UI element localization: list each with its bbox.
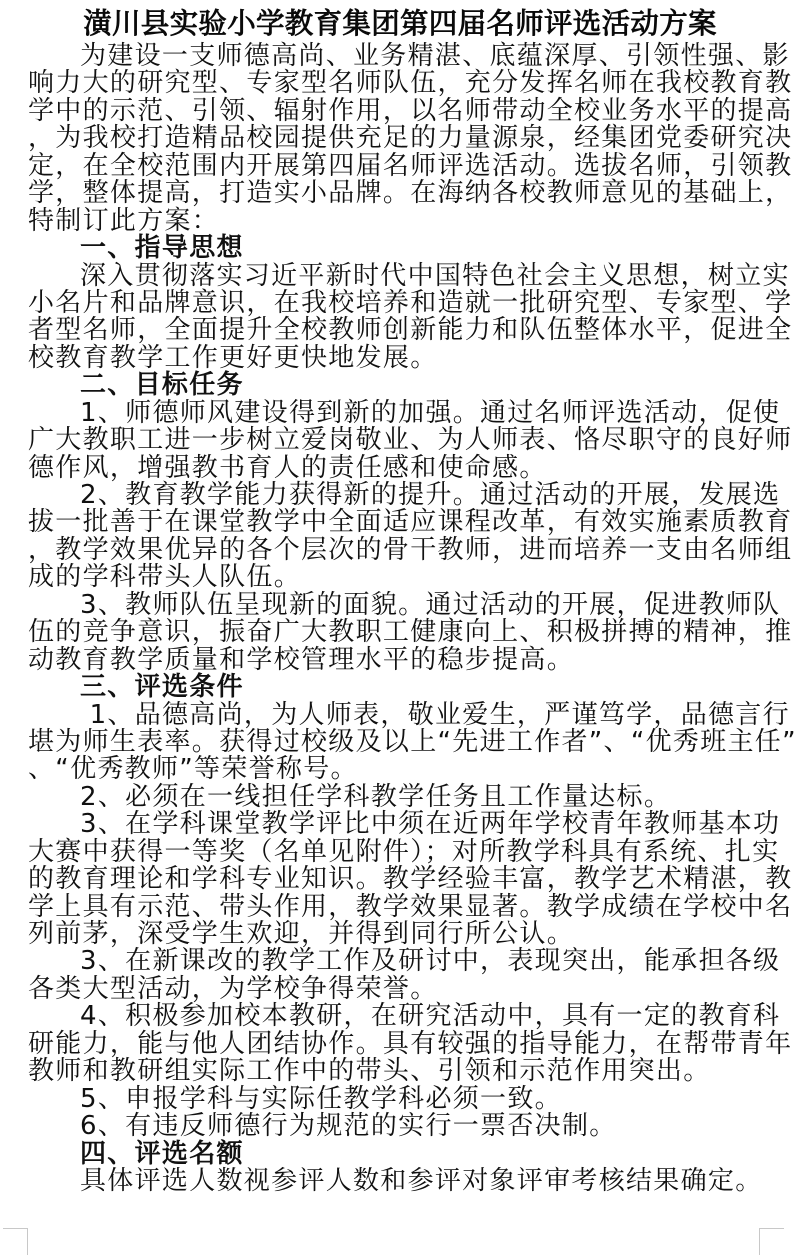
paragraph-line: 成的学科带头人队伍。 <box>28 564 760 591</box>
paragraph-line: 列前茅，深受学生欢迎，并得到同行所公认。 <box>28 921 760 948</box>
paragraph-line: 大赛中获得一等奖（名单见附件）；对所教学科具有系统、扎实 <box>28 839 760 866</box>
paragraph-line: 研能力，能与他人团结协作。具有较强的指导能力，在帮带青年 <box>28 1031 760 1058</box>
document-title: 潢川县实验小学教育集团第四届名师评选活动方案 <box>0 6 800 42</box>
paragraph-line: 教师和教研组实际工作中的带头、引领和示范作用突出。 <box>28 1058 760 1085</box>
paragraph-line: 广大教职工进一步树立爱岗敬业、为人师表、恪尽职守的良好师 <box>28 427 760 454</box>
paragraph-line: 动教育教学质量和学校管理水平的稳步提高。 <box>28 647 760 674</box>
paragraph-line: 者型名师，全面提升全校教师创新能力和队伍整体水平，促进全 <box>28 317 760 344</box>
paragraph-line: 的教育理论和学科专业知识。教学经验丰富，教学艺术精湛，教 <box>28 866 760 893</box>
paragraph-line: 2、教育教学能力获得新的提升。通过活动的开展，发展选 <box>28 482 760 509</box>
paragraph-line: 小名片和品牌意识，在我校培养和造就一批研究型、专家型、学 <box>28 290 760 317</box>
paragraph-line: 德作风，增强教书育人的责任感和使命感。 <box>28 455 760 482</box>
paragraph-line: 1、品德高尚，为人师表，敬业爱生，严谨笃学，品德言行 <box>28 702 760 729</box>
paragraph-line: 拔一批善于在课堂教学中全面适应课程改革，有效实施素质教育 <box>28 509 760 536</box>
paragraph-line: 学上具有示范、带头作用，教学效果显著。教学成绩在学校中名 <box>28 894 760 921</box>
paragraph-line: 具体评选人数视参评人数和参评对象评审考核结果确定。 <box>28 1168 760 1195</box>
page-corner-mark-right <box>759 1228 784 1255</box>
intro-line: 为建设一支师德高尚、业务精湛、底蕴深厚、引领性强、影 <box>28 43 760 70</box>
paragraph-line: 3、教师队伍呈现新的面貌。通过活动的开展，促进教师队 <box>28 592 760 619</box>
paragraph-line: ，教学效果优异的各个层次的骨干教师，进而培养一支由名师组 <box>28 537 760 564</box>
intro-line: ，为我校打造精品校园提供充足的力量源泉，经集团党委研究决 <box>28 125 760 152</box>
paragraph-line: 各类大型活动，为学校争得荣誉。 <box>28 976 760 1003</box>
document-body: 为建设一支师德高尚、业务精湛、底蕴深厚、引领性强、影 响力大的研究型、专家型名师… <box>28 43 760 1195</box>
paragraph-line: 4、积极参加校本教研，在研究活动中，具有一定的教育科 <box>28 1003 760 1030</box>
intro-line: 定，在全校范围内开展第四届名师评选活动。选拔名师，引领教 <box>28 153 760 180</box>
section-heading-criteria: 三、评选条件 <box>28 674 760 701</box>
intro-line: 学，整体提高，打造实小品牌。在海纳各校教师意见的基础上， <box>28 180 760 207</box>
paragraph-line: 5、申报学科与实际任教学科必须一致。 <box>28 1086 760 1113</box>
paragraph-line: 深入贯彻落实习近平新时代中国特色社会主义思想，树立实 <box>28 263 760 290</box>
page-corner-mark-left <box>3 1228 28 1255</box>
paragraph-line: 伍的竞争意识，振奋广大教职工健康向上、积极拼搏的精神，推 <box>28 619 760 646</box>
paragraph-line: 2、必须在一线担任学科教学任务且工作量达标。 <box>28 784 760 811</box>
paragraph-line: 堪为师生表率。获得过校级及以上“先进工作者”、“优秀班主任” <box>28 729 760 756</box>
paragraph-line: 校教育教学工作更好更快地发展。 <box>28 345 760 372</box>
intro-line: 学中的示范、引领、辐射作用，以名师带动全校业务水平的提高 <box>28 98 760 125</box>
paragraph-line: 3、在新课改的教学工作及研讨中，表现突出，能承担各级 <box>28 948 760 975</box>
paragraph-line: 3、在学科课堂教学评比中须在近两年学校青年教师基本功 <box>28 811 760 838</box>
section-heading-guiding-ideology: 一、指导思想 <box>28 235 760 262</box>
section-heading-quota: 四、评选名额 <box>28 1141 760 1168</box>
intro-line: 特制订此方案： <box>28 208 760 235</box>
paragraph-line: 1、师德师风建设得到新的加强。通过名师评选活动，促使 <box>28 400 760 427</box>
intro-line: 响力大的研究型、专家型名师队伍，充分发挥名师在我校教育教 <box>28 70 760 97</box>
paragraph-line: 、“优秀教师”等荣誉称号。 <box>28 756 760 783</box>
paragraph-line: 6、有违反师德行为规范的实行一票否决制。 <box>28 1113 760 1140</box>
document-page: 潢川县实验小学教育集团第四届名师评选活动方案 为建设一支师德高尚、业务精湛、底蕴… <box>0 0 800 1257</box>
section-heading-goals: 二、目标任务 <box>28 372 760 399</box>
